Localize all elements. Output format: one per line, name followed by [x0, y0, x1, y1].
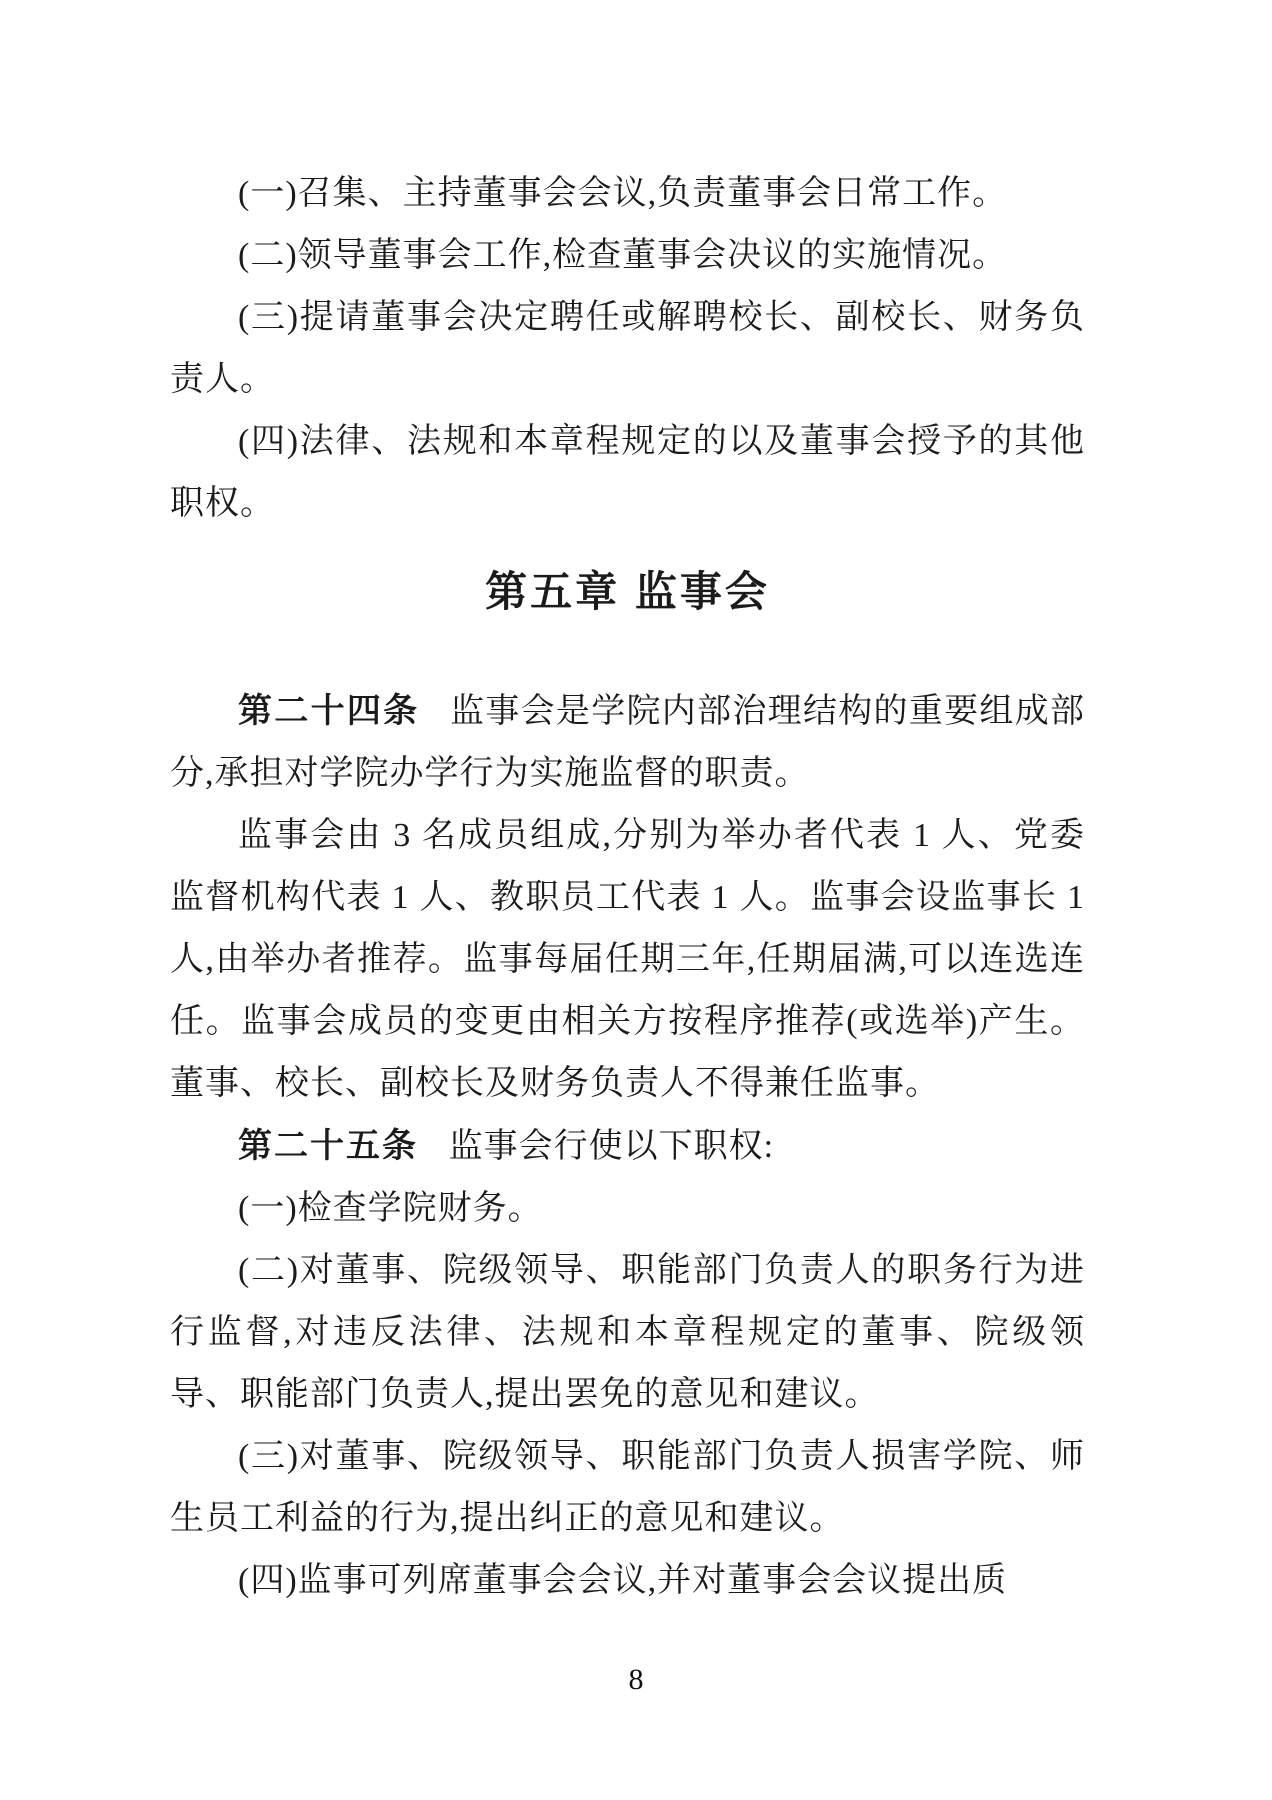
paragraph-item-1: (一)召集、主持董事会会议,负责董事会日常工作。	[170, 163, 1085, 225]
paragraph-text: (三)提请董事会决定聘任或解聘校长、副校长、财务负责人。	[170, 299, 1085, 398]
paragraph-item-2: (二)领导董事会工作,检查董事会决议的实施情况。	[170, 225, 1085, 287]
article-25-text: 监事会行使以下职权:	[449, 1128, 774, 1165]
article-25-paragraph: 第二十五条监事会行使以下职权:	[170, 1115, 1085, 1178]
document-page: (一)召集、主持董事会会议,负责董事会日常工作。 (二)领导董事会工作,检查董事…	[0, 0, 1272, 1800]
article-25-item-2: (二)对董事、院级领导、职能部门负责人的职务行为进行监督,对违反法律、法规和本章…	[170, 1240, 1085, 1426]
paragraph-text: 监事会由 3 名成员组成,分别为举办者代表 1 人、党委监督机构代表 1 人、教…	[170, 817, 1085, 1102]
page-number: 8	[0, 1662, 1272, 1698]
paragraph-text: (四)监事可列席董事会会议,并对董事会会议提出质	[238, 1562, 1007, 1599]
paragraph-item-3: (三)提请董事会决定聘任或解聘校长、副校长、财务负责人。	[170, 287, 1085, 411]
document-body: (一)召集、主持董事会会议,负责董事会日常工作。 (二)领导董事会工作,检查董事…	[170, 163, 1085, 1612]
paragraph-text: (二)对董事、院级领导、职能部门负责人的职务行为进行监督,对违反法律、法规和本章…	[170, 1252, 1085, 1413]
chapter-heading: 第五章 监事会	[170, 560, 1085, 624]
paragraph-item-4: (四)法律、法规和本章程规定的以及董事会授予的其他职权。	[170, 411, 1085, 535]
article-25-item-4: (四)监事可列席董事会会议,并对董事会会议提出质	[170, 1550, 1085, 1612]
article-24-number: 第二十四条	[238, 692, 419, 730]
paragraph-text: (三)对董事、院级领导、职能部门负责人损害学院、师生员工利益的行为,提出纠正的意…	[170, 1438, 1085, 1537]
article-25-number: 第二十五条	[238, 1127, 418, 1165]
paragraph-text: (一)召集、主持董事会会议,负责董事会日常工作。	[238, 175, 1007, 212]
paragraph-text: (二)领导董事会工作,检查董事会决议的实施情况。	[238, 237, 1007, 274]
article-24-paragraph-2: 监事会由 3 名成员组成,分别为举办者代表 1 人、党委监督机构代表 1 人、教…	[170, 805, 1085, 1115]
paragraph-text: (一)检查学院财务。	[238, 1190, 543, 1227]
article-24-paragraph: 第二十四条监事会是学院内部治理结构的重要组成部分,承担对学院办学行为实施监督的职…	[170, 680, 1085, 805]
paragraph-text: (四)法律、法规和本章程规定的以及董事会授予的其他职权。	[170, 423, 1085, 522]
article-25-item-1: (一)检查学院财务。	[170, 1178, 1085, 1240]
article-25-item-3: (三)对董事、院级领导、职能部门负责人损害学院、师生员工利益的行为,提出纠正的意…	[170, 1426, 1085, 1550]
